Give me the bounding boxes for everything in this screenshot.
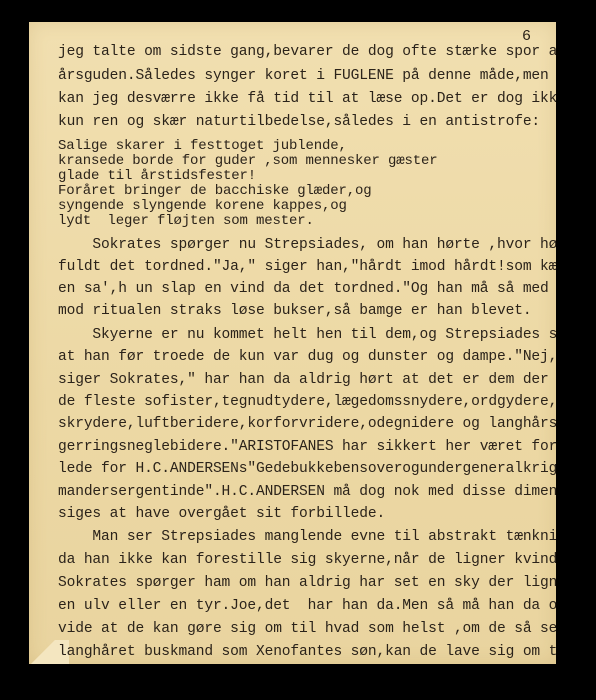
text-line: kun ren og skær naturtilbedelse,således … <box>58 114 540 130</box>
text-line: jeg talte om sidste gang,bevarer de dog … <box>58 44 556 60</box>
text-line: Sokrates spørger nu Strepsiades, om han … <box>58 237 556 253</box>
text-line: fuldt det tordned."Ja," siger han,"hårdt… <box>58 259 556 275</box>
text-line: de fleste sofister,tegnudtydere,lægedoms… <box>58 394 556 410</box>
verse-line: kransede borde for guder ,som mennesker … <box>58 153 438 169</box>
verse-line: lydt leger fløjten som mester. <box>58 213 314 229</box>
verse-line: Foråret bringer de bacchiske glæder,og <box>58 183 372 199</box>
text-line: langhåret buskmand som Xenofantes søn,ka… <box>58 644 556 660</box>
text-line: Skyerne er nu kommet helt hen til dem,og… <box>58 327 556 343</box>
text-line: da han ikke kan forestille sig skyerne,n… <box>58 552 556 568</box>
page-text-area: 6 jeg talte om sidste gang,bevarer de do… <box>0 0 556 700</box>
text-line: siges at have overgået sit forbillede. <box>58 506 385 522</box>
text-line: kan jeg desværre ikke få tid til at læse… <box>58 91 556 107</box>
text-line: mod ritualen straks løse bukser,så bamge… <box>58 303 531 319</box>
text-line: Man ser Strepsiades manglende evne til a… <box>58 529 556 545</box>
text-line: gerringsneglebidere."ARISTOFANES har sik… <box>58 439 556 455</box>
text-line: en sa',h un slap en vind da det tordned.… <box>58 281 556 297</box>
text-line: siger Sokrates," har han da aldrig hørt … <box>58 372 556 388</box>
text-line: årsguden.Således synger koret i FUGLENE … <box>58 68 556 84</box>
text-line: lede for H.C.ANDERSENs"Gedebukkebensover… <box>58 461 556 477</box>
text-line: vide at de kan gøre sig om til hvad som … <box>58 621 556 637</box>
text-line: mandersergentinde".H.C.ANDERSEN må dog n… <box>58 484 556 500</box>
verse-line: Salige skarer i festtoget jublende, <box>58 138 347 154</box>
text-line: Sokrates spørger ham om han aldrig har s… <box>58 575 556 591</box>
verse-line: syngende slyngende korene kappes,og <box>58 198 347 214</box>
text-line: en ulv eller en tyr.Joe,det har han da.M… <box>58 598 556 614</box>
page-number: 6 <box>522 28 531 45</box>
text-line: skrydere,luftberidere,korforvridere,odeg… <box>58 416 556 432</box>
verse-line: glade til årstidsfester! <box>58 168 256 184</box>
text-line: at han før troede de kun var dug og duns… <box>58 349 556 365</box>
